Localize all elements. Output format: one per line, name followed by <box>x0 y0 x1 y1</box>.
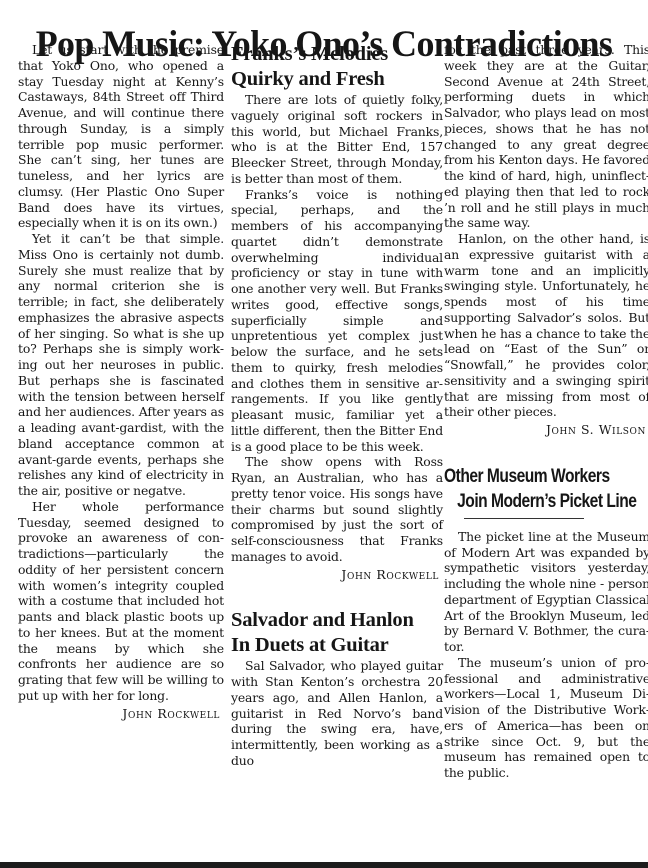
title-line-2: Quirky and Fresh <box>231 68 385 90</box>
article-paragraph: The museum’s union of pro­fessional and … <box>444 655 648 781</box>
article-paragraph: Yet it can’t be that simple. Miss Ono is… <box>18 231 224 499</box>
article-museum-workers: Other Museum Workers Join Modern’s Picke… <box>444 464 648 781</box>
title-line-2: In Duets at Guitar <box>231 634 389 656</box>
byline: John Rockwell <box>18 706 220 722</box>
article-title: Franks’s Melodies Quirky and Fresh <box>231 42 443 92</box>
byline: John S. Wilson <box>444 422 646 438</box>
article-paragraph: The show opens with Ross Ryan, an Austra… <box>231 454 443 564</box>
article-franks: Franks’s Melodies Quirky and Fresh There… <box>231 42 443 582</box>
article-paragraph: Let us start with the premise that Yoko … <box>18 42 224 231</box>
article-title: Salvador and Hanlon In Duets at Guitar <box>231 608 443 658</box>
title-line-1: Salvador and Hanlon <box>231 609 414 631</box>
article-paragraph: Sal Salvador, who played guitar with Sta… <box>231 658 443 768</box>
article-paragraph: Franks’s voice is nothing special, perha… <box>231 187 443 455</box>
title-line-1: Franks’s Melodies <box>231 43 388 65</box>
column-1: Let us start with the premise that Yoko … <box>18 42 224 721</box>
article-paragraph: Her whole performance Tuesday, seemed de… <box>18 499 224 704</box>
article-paragraph: Hanlon, on the other hand, is an express… <box>444 231 648 420</box>
title-line-2: Join Modern’s Picket Line <box>444 491 636 512</box>
title-line-1: Other Museum Workers <box>444 466 610 487</box>
article-salvador-hanlon-continued: for the past three years. This week they… <box>444 42 648 438</box>
article-paragraph: There are lots of quietly folky, vaguely… <box>231 92 443 187</box>
headline-rule <box>464 518 584 519</box>
column-3: for the past three years. This week they… <box>444 42 648 781</box>
article-salvador-hanlon: Salvador and Hanlon In Duets at Guitar S… <box>231 608 443 768</box>
article-title: Other Museum Workers Join Modern’s Picke… <box>444 464 648 514</box>
article-separator <box>444 438 648 460</box>
article-paragraph: The picket line at the Mu­seum of Modern… <box>444 529 648 655</box>
article-yoko-ono: Let us start with the premise that Yoko … <box>18 42 224 721</box>
byline: John Rockwell <box>231 567 439 583</box>
bottom-border-rule <box>0 862 648 868</box>
column-2: Franks’s Melodies Quirky and Fresh There… <box>231 42 443 769</box>
article-paragraph: for the past three years. This week they… <box>444 42 648 231</box>
article-separator <box>231 582 443 604</box>
